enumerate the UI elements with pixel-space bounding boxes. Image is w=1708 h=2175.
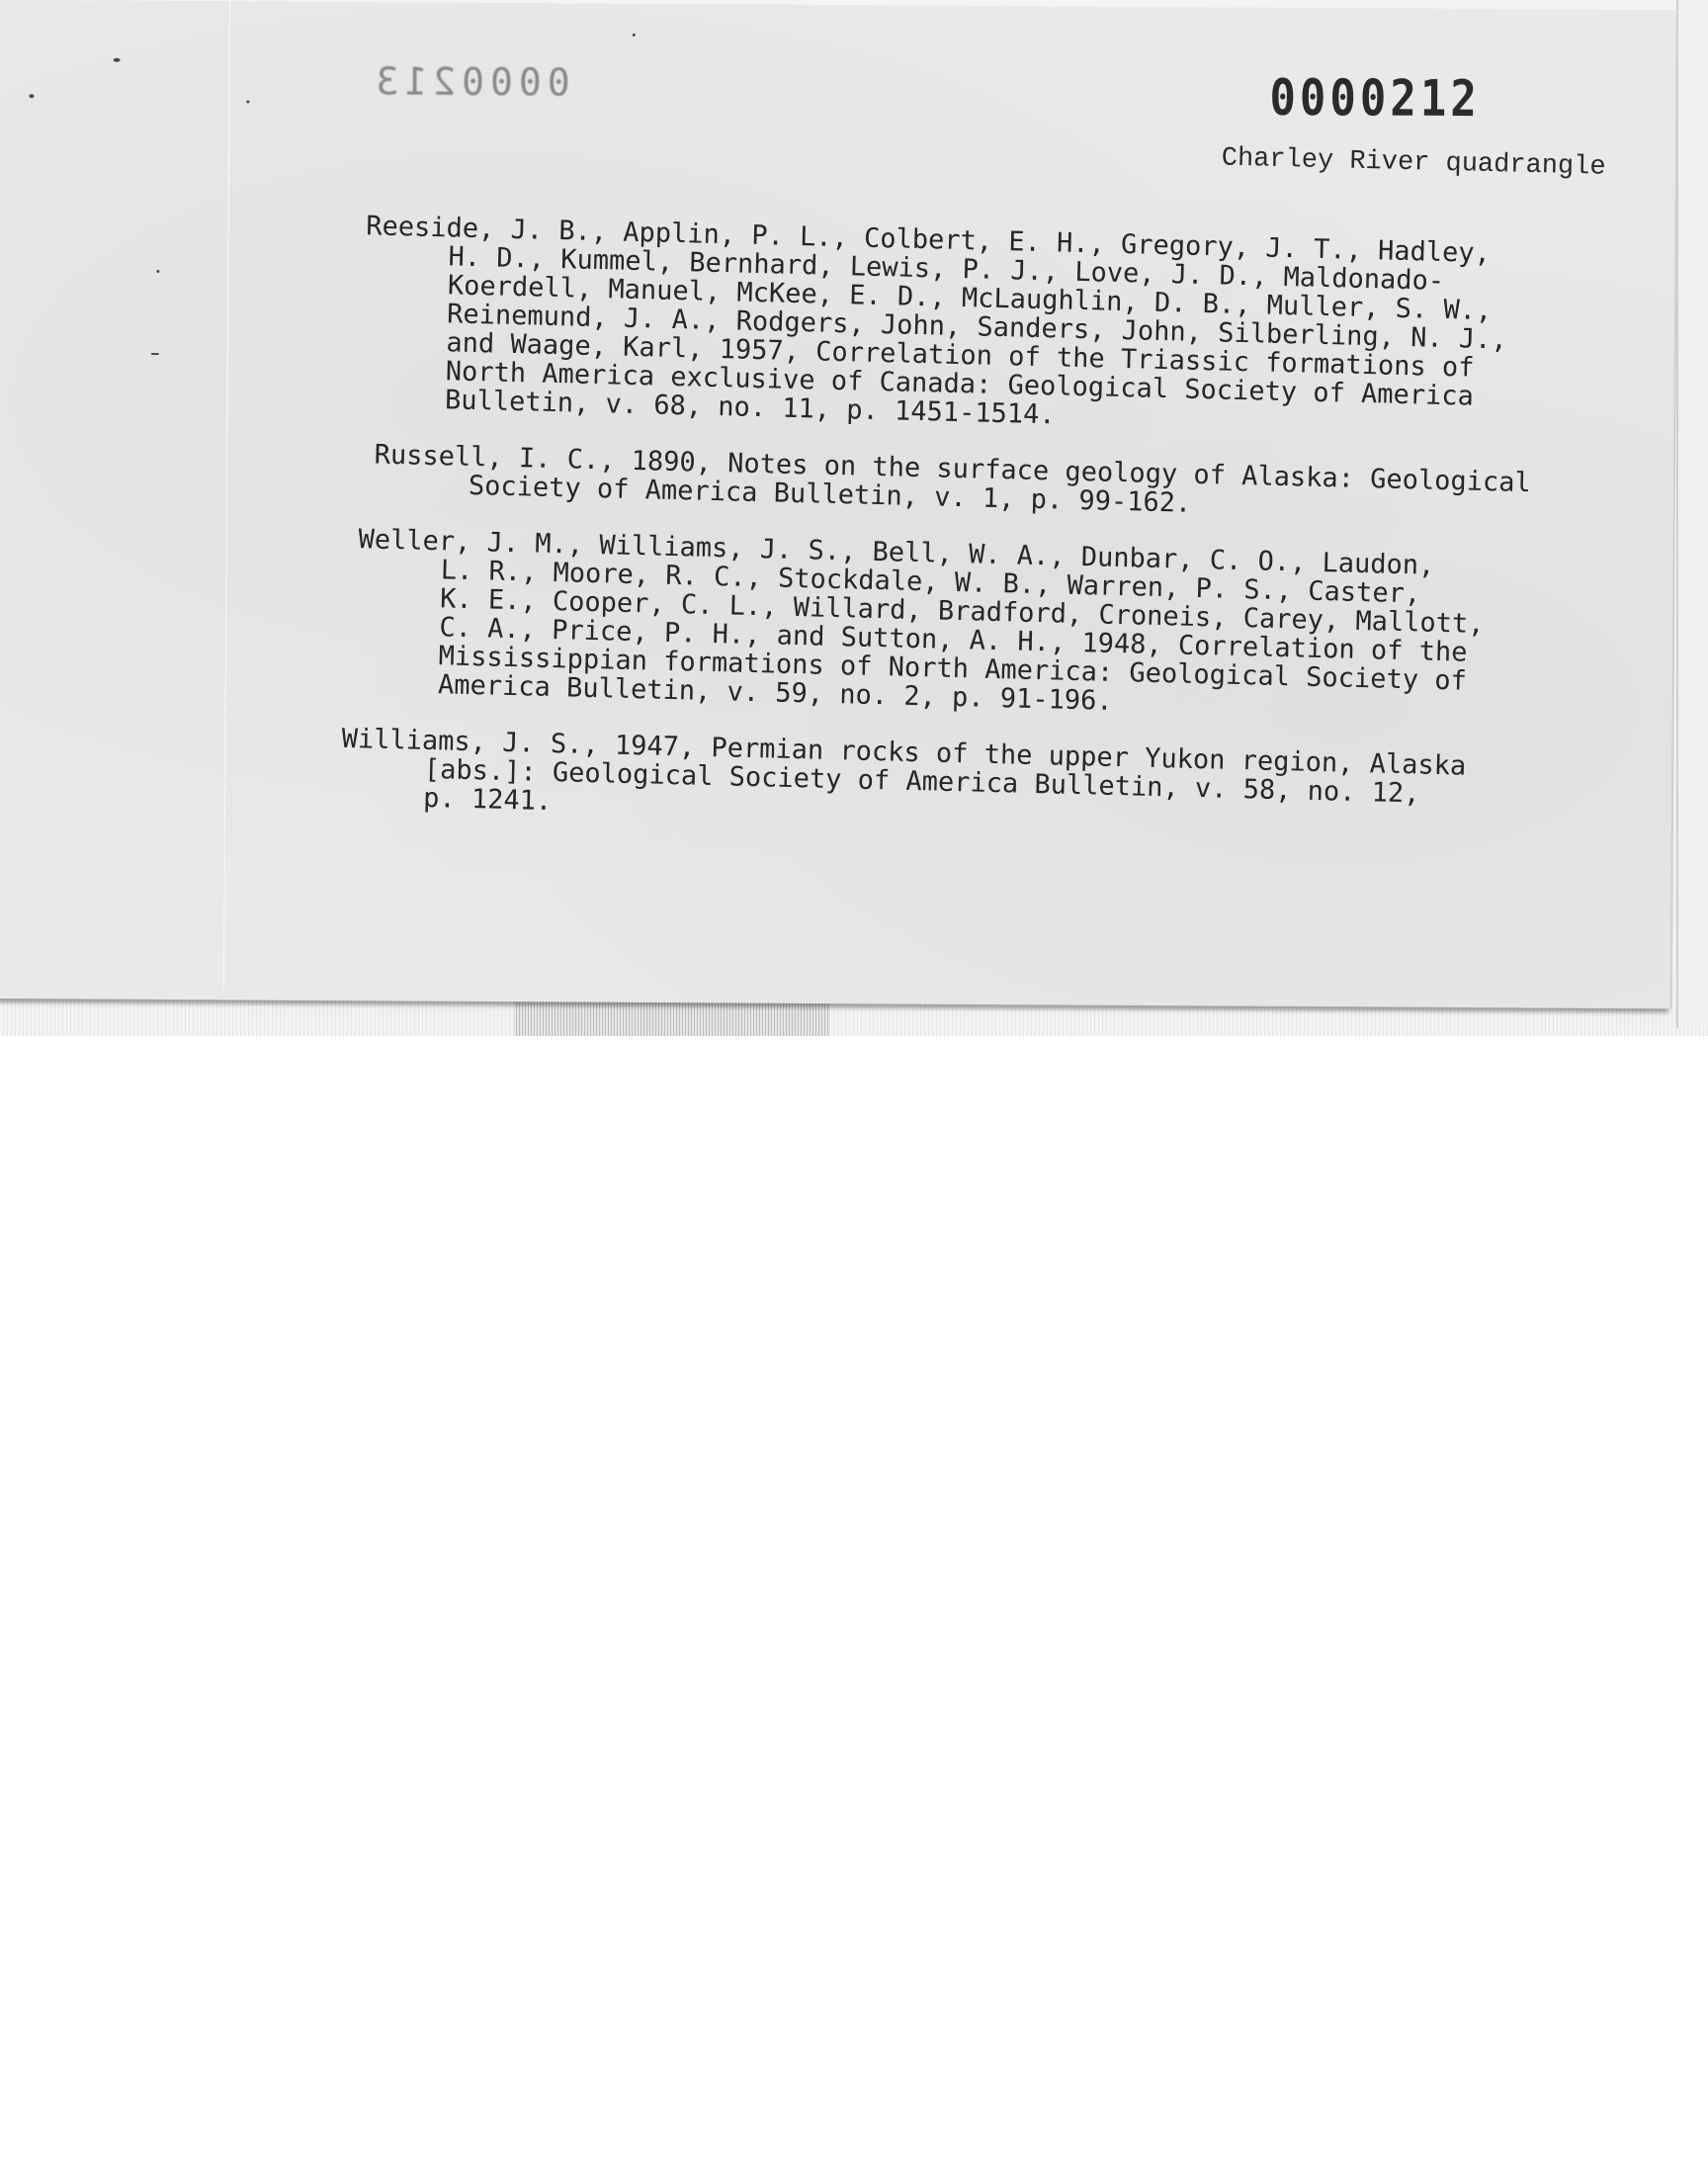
scanner-edge-streaks <box>514 999 830 1036</box>
reference-list: Reeside, J. B., Applin, P. L., Colbert, … <box>351 212 1651 870</box>
dust-speck <box>114 58 121 62</box>
card-number: 0000212 <box>1269 69 1481 129</box>
dust-speck <box>633 34 636 37</box>
mirrored-stamp-number: 0000213 <box>370 59 569 104</box>
scan-line-artifact <box>223 1 230 990</box>
catalog-card: 0000213 0000212 Charley River quadrangle… <box>0 0 1676 1008</box>
quadrangle-title: Charley River quadrangle <box>1221 144 1605 183</box>
reference-russell-1890: Russell, I. C., 1890, Notes on the surfa… <box>374 441 1646 529</box>
dust-speck <box>29 94 34 98</box>
dust-speck <box>156 270 159 273</box>
reference-williams-1947: Williams, J. S., 1947, Permian rocks of … <box>340 725 1639 842</box>
dust-speck <box>151 353 159 355</box>
reference-weller-1948: Weller, J. M., Williams, J. S., Bell, W.… <box>355 525 1644 729</box>
reference-reeside-1957: Reeside, J. B., Applin, P. L., Colbert, … <box>362 212 1652 444</box>
card-right-margin <box>1676 0 1708 1028</box>
dust-speck <box>246 101 249 104</box>
